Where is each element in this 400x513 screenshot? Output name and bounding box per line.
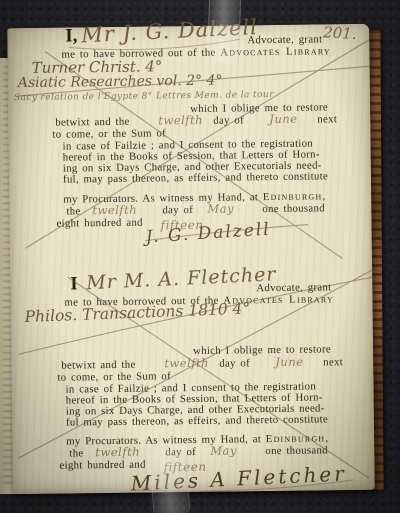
next-label: next (323, 356, 343, 368)
printed-initial: I (70, 277, 78, 291)
book-strap-top (207, 0, 241, 64)
book-strap-bottom (148, 449, 191, 513)
hundred-label: eight hundred and (59, 459, 145, 472)
thousand-label: one thousand (265, 444, 328, 457)
printed-grant-label: Advocate, grant (256, 281, 331, 294)
borrower-name-handwriting: Mr M. A. Fletcher (86, 263, 277, 294)
book-title-handwriting: Philos. Transactions 1810 4° (24, 299, 250, 326)
borrow-entry-fletcher: I Mr M. A. Fletcher Advocate, grant me t… (7, 24, 375, 494)
due-month-handwriting: June (275, 355, 303, 369)
document-page: 201. I, Mr J. G. Dalzell Advocate, grant… (7, 24, 375, 494)
the-label: the (69, 447, 83, 459)
betwixt-label: betwixt and the (61, 359, 135, 372)
printed-body-line: ful may pass thereon, as effeirs, and th… (66, 413, 328, 428)
day-of-label: day of (219, 357, 250, 369)
printed-signing-date-line: the twelfth day of May one thousand (69, 444, 369, 448)
signed-month-handwriting: May (210, 443, 237, 457)
place-name: Edinburgh, (266, 432, 330, 445)
signed-day-handwriting: twelfth (95, 445, 140, 460)
due-day-handwriting: twelfth (164, 356, 209, 371)
book-photograph: 201. I, Mr J. G. Dalzell Advocate, grant… (0, 0, 400, 513)
printed-oblige-line: which I oblige me to restore (193, 343, 331, 357)
